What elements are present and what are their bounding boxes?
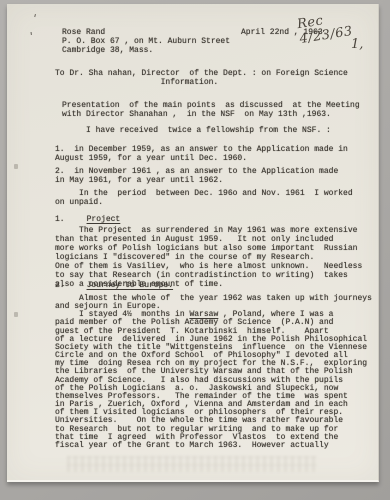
sender-block: Rose RandP. O. Box 67 , on Mt. Auburn St… <box>62 28 230 55</box>
pencil-margin-mark-bottom: ' <box>29 30 33 43</box>
section2-number: 2. <box>55 281 65 290</box>
received-stamp-handwritten: Rec 4/23/63 <box>296 5 380 47</box>
sender-name: Rose Rand <box>62 28 105 37</box>
journey-text-part2: , Poland, where I was a paid member of t… <box>55 310 367 450</box>
scanned-letter-background: ' ' Rec 4/23/63 1, Rose RandP. O. Box 67… <box>0 0 390 500</box>
section-heading-project: 1.Project <box>55 215 120 224</box>
list-item-2: 2. in November 1961 , as an answer to th… <box>55 167 338 185</box>
sender-address-line2: Cambridge 38, Mass. <box>62 46 153 55</box>
sender-address-line1: P. O. Box 67 , on Mt. Auburn Street <box>62 37 230 46</box>
intro-paragraph: Presentation of the main points as discu… <box>62 101 360 119</box>
recipient-line: To Dr. Sha nahan, Director of the Dept. … <box>55 69 348 87</box>
section1-number: 1. <box>55 215 65 224</box>
fellowship-line: I have received twice a fellowship from … <box>62 126 331 135</box>
page-number-handwritten: 1, <box>351 37 363 52</box>
section-heading-journey: 2.Journey to Europe. <box>55 281 173 290</box>
letter-paper: ' ' Rec 4/23/63 1, Rose RandP. O. Box 67… <box>7 4 379 482</box>
letter-date: April 22nd , 1963. <box>241 28 327 37</box>
period-note: In the period between Dec. 196o and Nov.… <box>55 189 353 207</box>
list-item-1: 1. in December 1959, as an answer to the… <box>55 145 348 163</box>
journey-paragraph: Almost the whole of the year 1962 was ta… <box>55 295 372 450</box>
section1-title: Project <box>87 215 121 224</box>
section2-title: Journey to Europe. <box>87 281 173 290</box>
pencil-margin-mark-top: ' <box>32 12 38 25</box>
ink-bleed-through <box>67 456 317 472</box>
scan-artifact <box>14 164 18 169</box>
project-paragraph: The Project as surrendered in May 1961 w… <box>55 226 362 289</box>
scan-artifact <box>14 312 18 317</box>
